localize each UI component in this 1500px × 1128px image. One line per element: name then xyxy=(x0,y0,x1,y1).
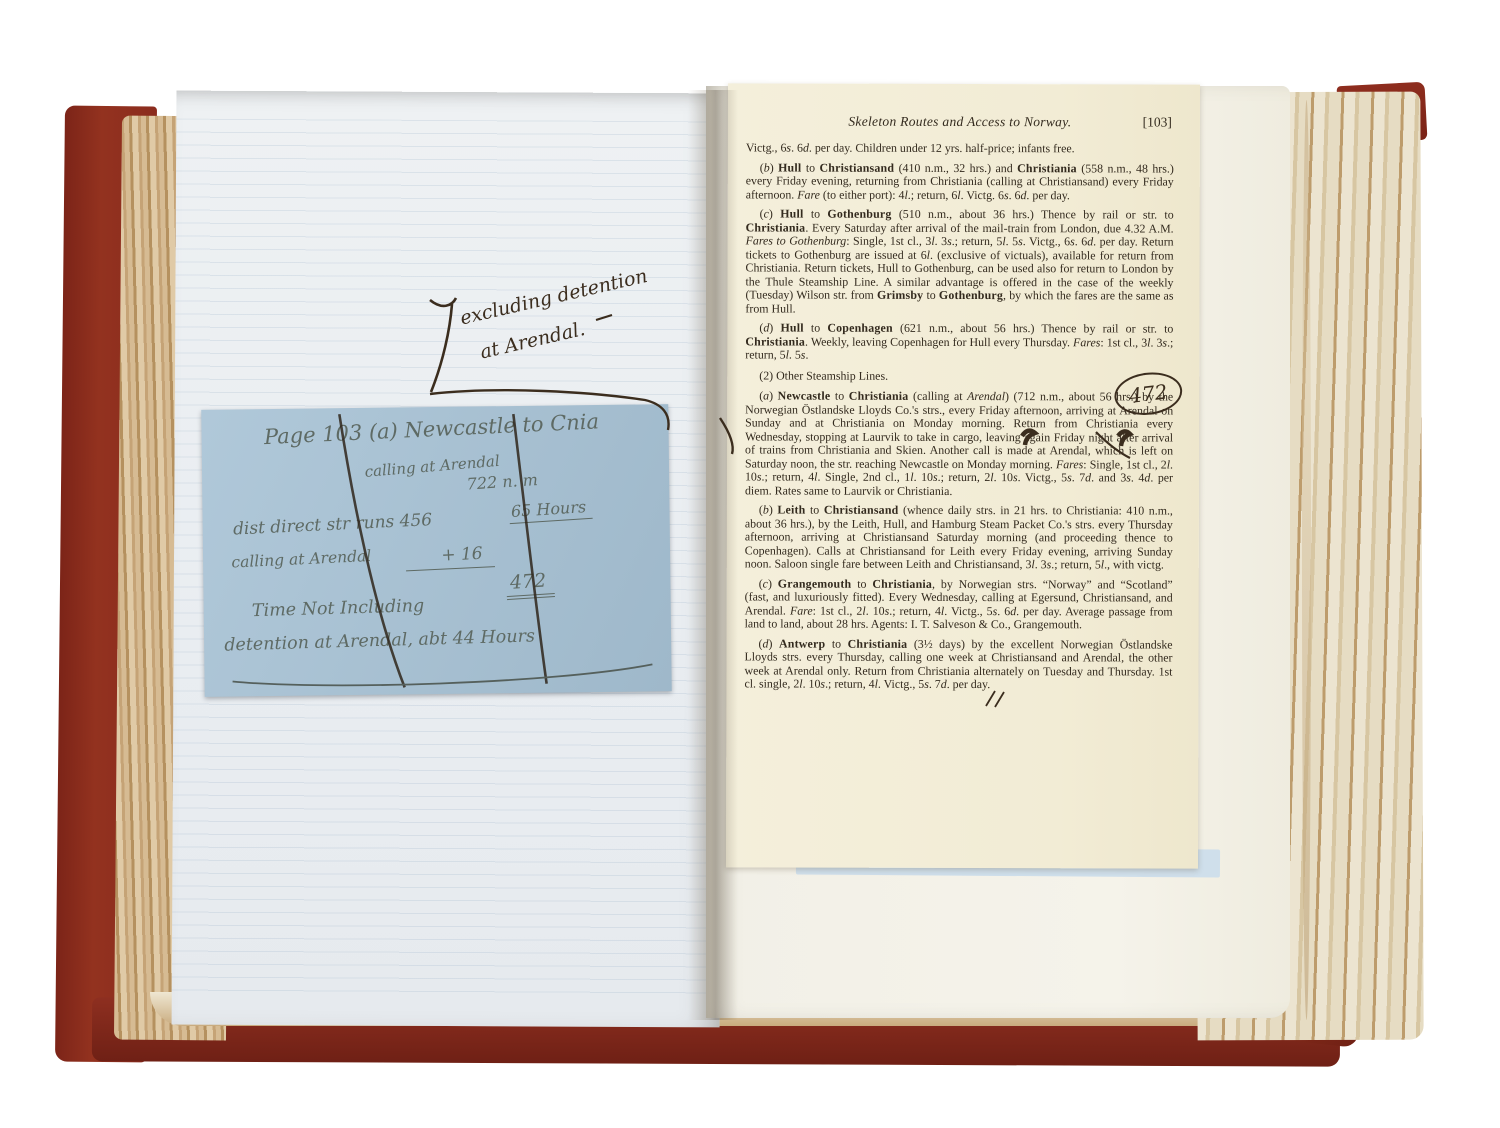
check-stroke-right xyxy=(513,414,546,684)
page-header: Skeleton Routes and Access to Norway. [1… xyxy=(746,113,1174,136)
printed-paragraph: (b) Leith to Christiansand (whence daily… xyxy=(745,503,1173,572)
printed-text-block: Skeleton Routes and Access to Norway. [1… xyxy=(744,113,1174,698)
fore-edge-streak xyxy=(1302,100,1311,1020)
blue-note-slip: Page 103 (a) Newcastle to Cnia calling a… xyxy=(201,404,671,697)
printed-guidebook-page: Skeleton Routes and Access to Norway. [1… xyxy=(726,83,1200,868)
printed-paragraph: (b) Hull to Christiansand (410 n.m., 32 … xyxy=(746,161,1174,203)
printed-paragraph: (a) Newcastle to Christiania (calling at… xyxy=(745,389,1173,498)
printed-paragraph: Victg., 6s. 6d. per day. Children under … xyxy=(746,141,1174,156)
printed-paragraph: (d) Hull to Copenhagen (621 n.m., about … xyxy=(745,321,1173,363)
running-title: Skeleton Routes and Access to Norway. xyxy=(746,113,1174,130)
bottom-sweep-underline xyxy=(232,664,652,686)
blue-note-pen-strokes xyxy=(201,404,671,697)
printed-paragraph: (c) Hull to Gothenburg (510 n.m., about … xyxy=(745,207,1173,316)
printed-paragraph: (c) Grangemouth to Christiania, by Norwe… xyxy=(745,577,1173,632)
printed-paragraph: (2) Other Steamship Lines. xyxy=(745,369,1173,384)
book-photo: Skeleton Routes and Access to Norway. [1… xyxy=(0,0,1500,1128)
printed-paragraphs: Victg., 6s. 6d. per day. Children under … xyxy=(744,141,1173,692)
check-stroke-left xyxy=(339,413,404,688)
gutter-shadow xyxy=(688,90,738,1020)
circled-total-value: 472 xyxy=(1128,379,1169,407)
page-number: [103] xyxy=(1143,114,1172,130)
printed-paragraph: (d) Antwerp to Christiania (3½ days) by … xyxy=(744,637,1172,692)
